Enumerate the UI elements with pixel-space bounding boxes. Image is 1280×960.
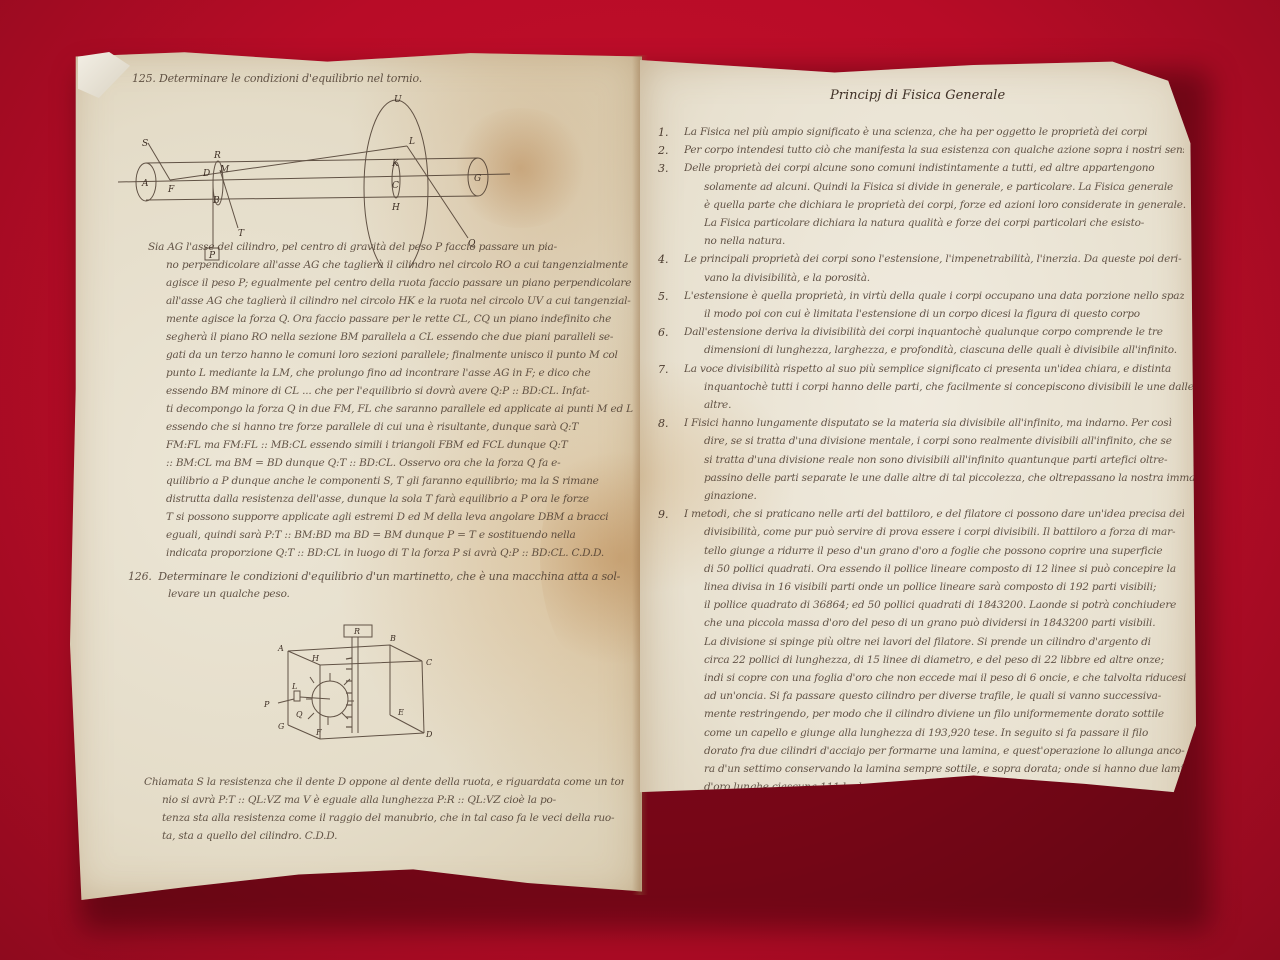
diagram-label-u: U [394,95,402,105]
diagram-label-c: C [392,181,399,191]
paragraph-number: 1. [658,126,669,139]
diagram-label-e: E [397,708,404,717]
text-line: tenza sta alla resistenza come il raggio… [162,812,642,824]
text-line: FM:FL ma FM:FL :: MB:CL essendo simili i… [166,439,642,451]
diagram-label-h: H [391,203,400,213]
text-line: ta, sta a quello del cilindro. C.D.D. [162,830,642,842]
right-manuscript-page: Principj di Fisica Generale La Fisica ne… [640,60,1196,892]
text-line: distrutta dalla resistenza dell'asse, du… [166,493,642,505]
text-line: I Fisici hanno lungamente disputato se l… [684,417,1184,429]
text-line: La Fisica nel più ampio significato è un… [684,126,1184,138]
text-line: inquantochè tutti i corpi hanno delle pa… [704,381,1196,393]
problem-125-heading: 125. Determinare le condizioni d'equilib… [132,72,422,85]
diagram-label-h: H [311,654,320,663]
diagram-label-a: A [277,644,284,653]
left-manuscript-page: 125. Determinare le condizioni d'equilib… [70,48,642,900]
text-line: di 50 pollici quadrati. Ora essendo il p… [704,563,1196,575]
text-line: come un capello e giunge alla lunghezza … [704,727,1196,739]
text-line: che una piccola massa d'oro del peso di … [704,617,1196,629]
text-line: dire, se si tratta d'una divisione menta… [704,435,1196,447]
diagram-label-l: L [291,682,297,691]
text-line: no nella natura. [704,235,1196,247]
text-line: ginazione. [704,490,1196,502]
diagram-label-f: F [315,728,322,737]
text-line: La divisione si spinge più oltre nei lav… [704,636,1196,648]
text-line: solamente ad alcuni. Quindi la Fisica si… [704,181,1196,193]
text-line: T si possono supporre applicate agli est… [166,511,642,523]
text-line: passino delle parti separate le une dall… [704,472,1196,484]
text-line: altre. [704,399,1196,411]
text-line: linea divisa in 16 visibili parti onde u… [704,581,1196,593]
text-line: essendo BM minore di CL ... che per l'eq… [166,385,642,397]
paragraph-number: 9. [658,508,669,521]
paragraph-number: 4. [658,253,669,266]
diagram-label-q: Q [296,710,303,719]
diagram-label-p: P [263,700,270,709]
diagram-label-g: G [474,174,481,184]
text-line: dorato fra due cilindri d'acciajo per fo… [704,745,1196,757]
problem-126-heading: 126. Determinare le condizioni d'equilib… [128,570,620,583]
text-line: mente restringendo, per modo che il cili… [704,708,1196,720]
text-line: I metodi, che si praticano nelle arti de… [684,508,1184,520]
diagram-label-m: M [219,165,230,175]
diagram-label-g: G [278,722,285,731]
text-line: indicata proporzione Q:T :: BD:CL in luo… [166,547,642,559]
diagram-label-a: A [141,179,149,189]
diagram-label-l: L [408,137,415,147]
text-line: eguali, quindi sarà P:T :: BM:BD ma BD =… [166,529,642,541]
text-line: Delle proprietà dei corpi alcune sono co… [684,162,1184,174]
text-line: agisce il peso P; egualmente pel centro … [166,277,642,289]
page-title: Principj di Fisica Generale [830,88,1005,103]
text-line: tello giunge a ridurre il peso d'un gran… [704,545,1196,557]
paragraph-number: 2. [658,144,669,157]
text-line: Dall'estensione deriva la divisibilità d… [684,326,1184,338]
diagram-label-b: B [389,634,396,643]
diagram-label-c: C [426,658,432,667]
diagram-label-k: K [391,159,400,169]
paragraph-number: 6. [658,326,669,339]
text-line: divisibilità, come pur può servire di pr… [704,526,1196,538]
jack-diagram: R A B H C L P Q E G F D [240,603,500,763]
text-line: circa 22 pollici di lunghezza, di 15 lin… [704,654,1196,666]
diagram-label-b: B [212,196,220,206]
text-line: Le principali proprietà dei corpi sono l… [684,253,1184,265]
text-line: punto L mediante la LM, che prolungo fin… [166,367,642,379]
text-line: è quella parte che dichiara le proprietà… [704,199,1196,211]
text-line: Per corpo intendesi tutto ciò che manife… [684,144,1184,156]
text-line: ra d'un settimo conservando la lamina se… [704,763,1196,775]
text-line: La voce divisibilità rispetto al suo più… [684,363,1184,375]
text-line: vano la divisibilità, e la porosità. [704,272,1196,284]
text-line: si tratta d'una divisione reale non sono… [704,454,1196,466]
text-line: il pollice quadrato di 36864; ed 50 poll… [704,599,1196,611]
text-line: La Fisica particolare dichiara la natura… [704,217,1196,229]
text-line: Sia AG l'asse del cilindro, pel centro d… [148,241,628,253]
text-line: segherà il piano RO nella sezione BM par… [166,331,642,343]
paragraph-number: 5. [658,290,669,303]
text-line: mente agisce la forza Q. Ora faccio pass… [166,313,642,325]
text-line: quilibrio a P dunque anche le componenti… [166,475,642,487]
text-line: gati da un terzo hanno le comuni loro se… [166,349,642,361]
text-line: indi si copre con una foglia d'oro che n… [704,672,1196,684]
text-line: ad un'oncia. Si fa passare questo cilind… [704,690,1196,702]
diagram-label-f: F [167,185,175,195]
text-line: essendo che si hanno tre forze parallele… [166,421,642,433]
diagram-label-d: D [425,730,433,739]
paragraph-number: 7. [658,363,669,376]
text-line: ti decompongo la forza Q in due FM, FL c… [166,403,642,415]
text-line: il modo poi con cui è limitata l'estensi… [704,308,1196,320]
text-line: nio si avrà P:T :: QL:VZ ma V è eguale a… [162,794,642,806]
problem-126-heading-cont: levare un qualche peso. [168,588,290,600]
text-line: no perpendicolare all'asse AG che taglie… [166,259,642,271]
diagram-label-r: R [213,151,221,161]
text-line: dimensioni di lunghezza, larghezza, e pr… [704,344,1196,356]
text-line: L'estensione è quella proprietà, in virt… [684,290,1184,302]
paragraph-number: 3. [658,162,669,175]
diagram-label-s: S [142,139,148,149]
diagram-label-d: D [202,169,210,179]
diagram-label-t: T [238,229,245,239]
text-line: :: BM:CL ma BM = BD dunque Q:T :: BD:CL.… [166,457,642,469]
text-line: Chiamata S la resistenza che il dente D … [144,776,624,788]
paragraph-number: 8. [658,417,669,430]
diagram-label-r: R [353,627,360,636]
text-line: all'asse AG che taglierà il cilindro nel… [166,295,642,307]
